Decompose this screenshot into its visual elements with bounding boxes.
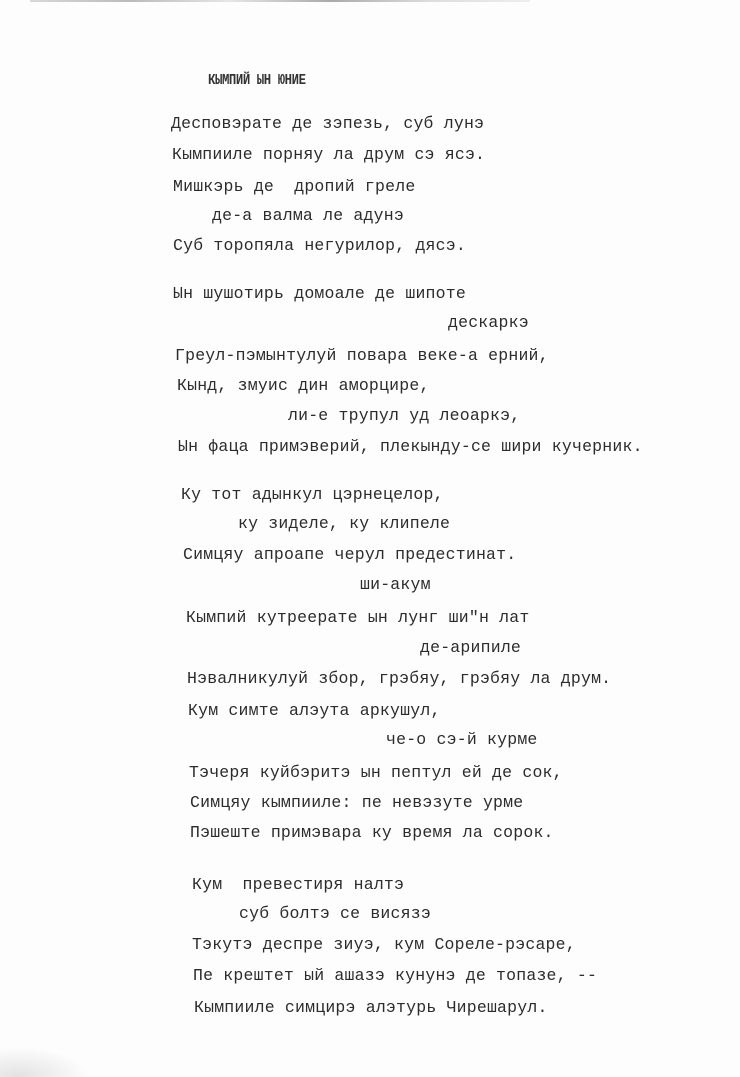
poem-line: Пе крештет ый ашазэ кунунэ де топазе, -- [193,966,597,985]
poem-line: Симцяу кымпииле: пе невэзуте урме [190,793,523,812]
poem-line: Кум превестиря налтэ [192,875,404,894]
poem-line: де-а валма ле адунэ [212,206,404,225]
poem-line: ку зиделе, ку клипеле [238,514,450,533]
poem-line: Пэшеште примэвара ку время ла сорок. [190,823,554,842]
poem-line: Нэвалникулуй збор, грэбяу, грэбяу ла дру… [187,669,611,688]
poem-line: че-о сэ-й курме [386,730,538,749]
poem-line: ши-акум [360,575,431,594]
poem-line: Кымпииле порняу ла друм сэ ясэ. [172,145,485,164]
poem-line: Симцяу апроапе черул предестинат. [183,545,516,564]
poem-line: де-арипиле [420,638,521,657]
poem-line: Тэчеря куйбэритэ ын пептул ей де сок, [189,763,563,782]
poem-line: Ын шушотирь домоале де шипоте [173,284,466,303]
poem-line: Греул-пэмынтулуй повара веке-а ерний, [175,346,549,365]
scan-corner-smudge [0,1047,90,1077]
scan-top-edge [30,0,530,2]
poem-line: ли-е трупул уд леоаркэ, [288,406,520,425]
poem-line: Кымпииле симцирэ алэтурь Чирешарул. [194,998,548,1017]
poem-line: Кынд, змуис дин аморцире, [177,376,430,395]
poem-line: Мишкэрь де дропий греле [173,177,415,196]
poem-line: Кум симте алэута аркушул, [188,701,441,720]
poem-line: Десповэрате де зэпезь, суб лунэ [171,114,484,133]
poem-line: Кымпий кутреерате ын лунг ши"н лат [186,608,529,627]
poem-title: КЫМПИЙ ЫН ЮНИЕ [208,72,306,89]
poem-line: дескаркэ [448,313,529,332]
poem-line: суб болтэ се висязэ [239,904,431,923]
poem-line: Ын фаца примэверий, плекынду-се шири куч… [178,437,643,456]
poem-line: Суб торопяла негурилор, дясэ. [173,236,466,255]
poem-line: Ку тот адынкул цэрнецелор, [181,485,444,504]
poem-line: Тэкутэ деспре зиуэ, кум Сореле-рэсаре, [192,935,576,954]
